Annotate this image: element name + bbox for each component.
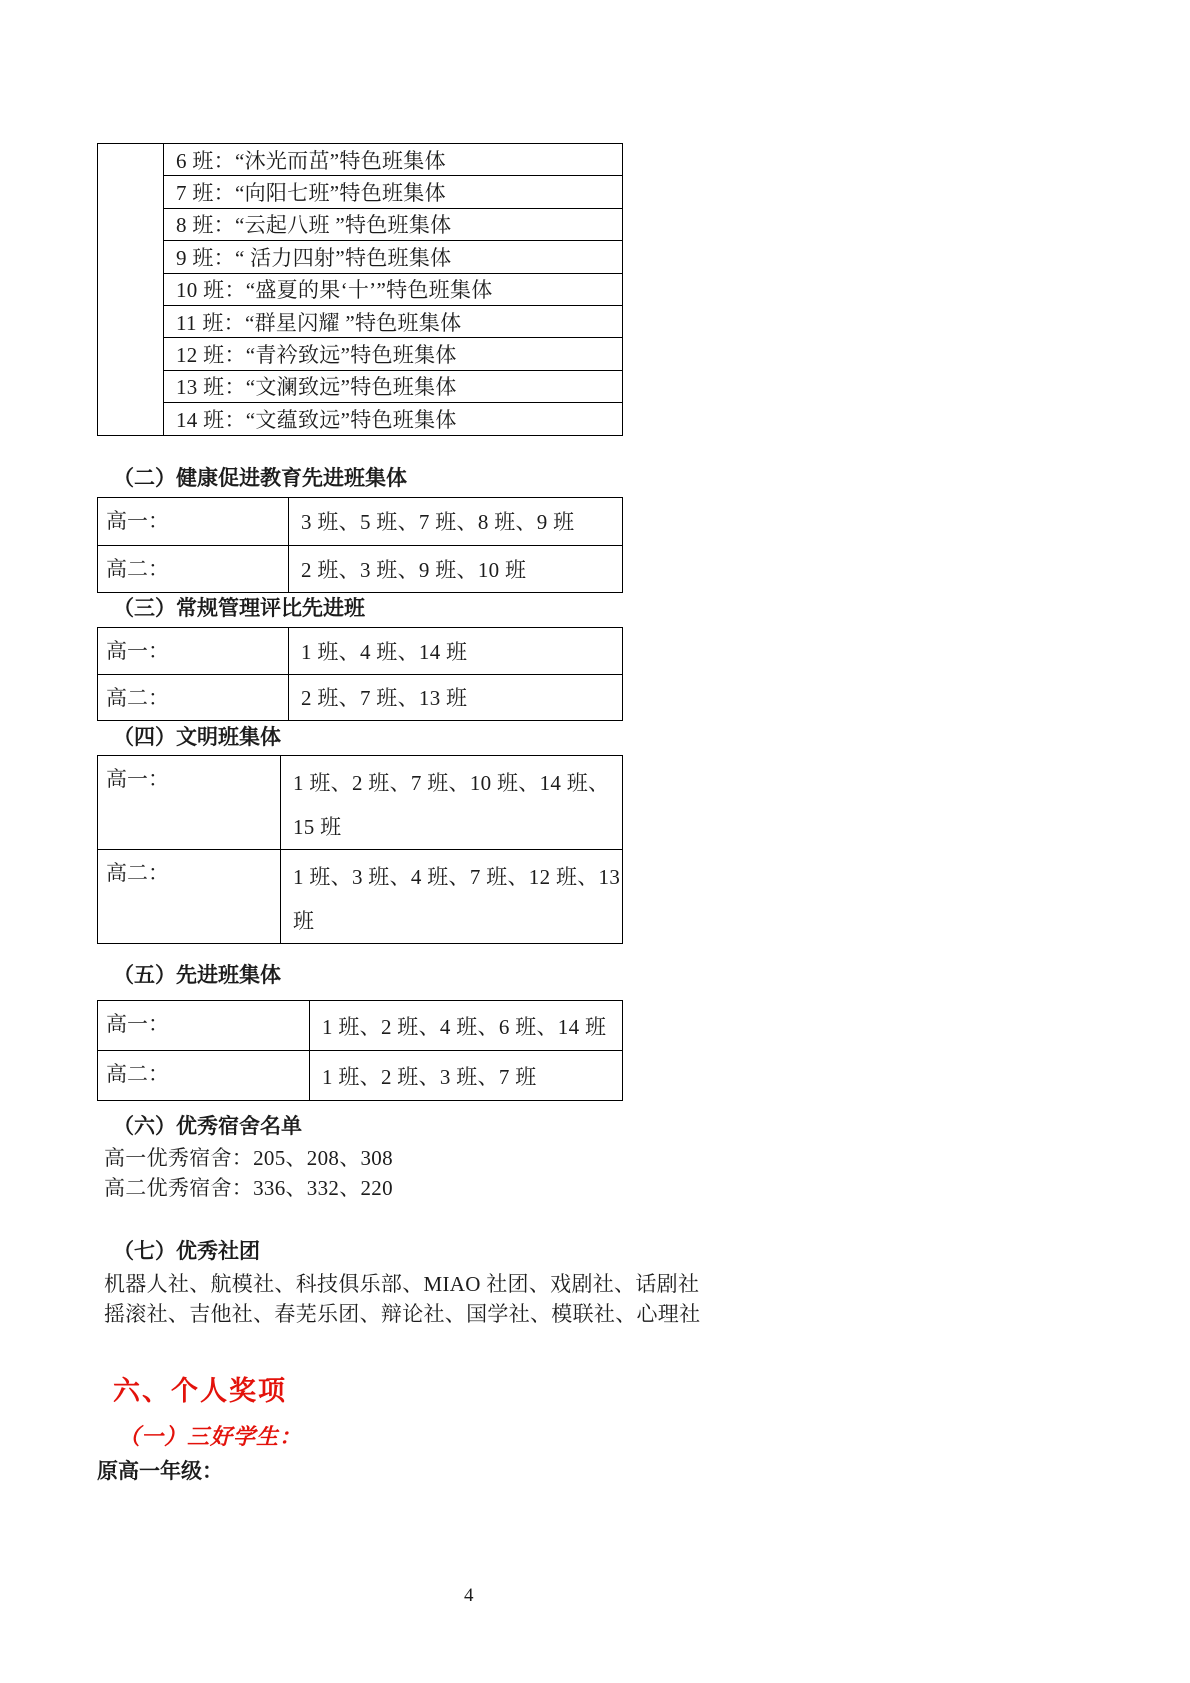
table-row: 高一： 3 班、5 班、7 班、8 班、9 班 xyxy=(98,498,623,546)
classes-cell: 2 班、7 班、13 班 xyxy=(289,674,623,721)
table-cell-grade-merged xyxy=(98,144,164,436)
table-row: 高一： 1 班、4 班、14 班 xyxy=(98,628,623,675)
section-heading-civilized-class: （四）文明班集体 xyxy=(113,725,281,749)
table-cell: 14 班：“文蕴致远”特色班集体 xyxy=(164,403,623,435)
section-heading-excellent-clubs: （七）优秀社团 xyxy=(113,1239,260,1263)
section-heading-excellent-dorms: （六）优秀宿舍名单 xyxy=(113,1114,302,1138)
table-row: 7 班：“向阳七班”特色班集体 xyxy=(98,176,623,208)
table-row: 9 班：“ 活力四射”特色班集体 xyxy=(98,241,623,273)
table-cell: 10 班：“盛夏的果‘十’”特色班集体 xyxy=(164,273,623,305)
special-class-table: 6 班：“沐光而茁”特色班集体 7 班：“向阳七班”特色班集体 8 班：“云起八… xyxy=(97,143,623,436)
club-list-line-1: 机器人社、航模社、科技俱乐部、MIAO 社团、戏剧社、话剧社 xyxy=(104,1271,699,1297)
grade-cell: 高二： xyxy=(98,1051,310,1101)
classes-cell: 1 班、4 班、14 班 xyxy=(289,628,623,675)
club-list-line-2: 摇滚社、吉他社、春芜乐团、辩论社、国学社、模联社、心理社 xyxy=(104,1301,700,1327)
classes-cell: 1 班、2 班、3 班、7 班 xyxy=(310,1051,623,1101)
document-page: { "colors": { "accent_red": "#e3120b", "… xyxy=(0,0,1190,1683)
section-heading-advanced-class: （五）先进班集体 xyxy=(113,963,281,987)
grade-label-former-grade1: 原高一年级： xyxy=(97,1458,223,1484)
table-row: 8 班：“云起八班 ”特色班集体 xyxy=(98,208,623,240)
section-heading-health-promotion: （二）健康促进教育先进班集体 xyxy=(113,466,407,490)
table-row: 10 班：“盛夏的果‘十’”特色班集体 xyxy=(98,273,623,305)
table-row: 11 班：“群星闪耀 ”特色班集体 xyxy=(98,305,623,337)
advanced-class-table: 高一： 1 班、2 班、4 班、6 班、14 班 高二： 1 班、2 班、3 班… xyxy=(97,1000,623,1101)
grade-cell: 高二： xyxy=(98,545,289,593)
table-cell: 13 班：“文澜致远”特色班集体 xyxy=(164,370,623,402)
section-heading-routine-management: （三）常规管理评比先进班 xyxy=(113,596,365,620)
table-cell: 9 班：“ 活力四射”特色班集体 xyxy=(164,241,623,273)
grade-cell: 高二： xyxy=(98,850,281,944)
table-row: 6 班：“沐光而茁”特色班集体 xyxy=(98,144,623,176)
classes-line: 1 班、3 班、4 班、7 班、12 班、13 xyxy=(293,855,622,899)
classes-cell: 1 班、2 班、7 班、10 班、14 班、 15 班 xyxy=(281,756,623,850)
grade-cell: 高一： xyxy=(98,1001,310,1051)
grade-cell: 高一： xyxy=(98,628,289,675)
table-row: 高二： 1 班、3 班、4 班、7 班、12 班、13 班 xyxy=(98,850,623,944)
health-promotion-table: 高一： 3 班、5 班、7 班、8 班、9 班 高二： 2 班、3 班、9 班、… xyxy=(97,497,623,593)
routine-management-table: 高一： 1 班、4 班、14 班 高二： 2 班、7 班、13 班 xyxy=(97,627,623,721)
subsection-heading-merit-students: （一）三好学生： xyxy=(118,1424,302,1450)
table-row: 高一： 1 班、2 班、4 班、6 班、14 班 xyxy=(98,1001,623,1051)
table-cell: 12 班：“青衿致远”特色班集体 xyxy=(164,338,623,370)
chapter-heading-individual-awards: 六、个人奖项 xyxy=(113,1376,287,1406)
table-cell: 8 班：“云起八班 ”特色班集体 xyxy=(164,208,623,240)
table-cell: 7 班：“向阳七班”特色班集体 xyxy=(164,176,623,208)
classes-line: 班 xyxy=(293,899,622,943)
table-cell: 11 班：“群星闪耀 ”特色班集体 xyxy=(164,305,623,337)
dorm-list-grade2: 高二优秀宿舍：336、332、220 xyxy=(104,1175,393,1201)
classes-cell: 2 班、3 班、9 班、10 班 xyxy=(289,545,623,593)
table-row: 高一： 1 班、2 班、7 班、10 班、14 班、 15 班 xyxy=(98,756,623,850)
classes-line: 15 班 xyxy=(293,805,622,849)
grade-cell: 高一： xyxy=(98,756,281,850)
classes-line: 1 班、2 班、7 班、10 班、14 班、 xyxy=(293,761,622,805)
grade-cell: 高一： xyxy=(98,498,289,546)
table-row: 14 班：“文蕴致远”特色班集体 xyxy=(98,403,623,435)
table-row: 高二： 2 班、3 班、9 班、10 班 xyxy=(98,545,623,593)
table-cell: 6 班：“沐光而茁”特色班集体 xyxy=(164,144,623,176)
table-row: 高二： 1 班、2 班、3 班、7 班 xyxy=(98,1051,623,1101)
classes-cell: 1 班、3 班、4 班、7 班、12 班、13 班 xyxy=(281,850,623,944)
classes-cell: 1 班、2 班、4 班、6 班、14 班 xyxy=(310,1001,623,1051)
table-row: 13 班：“文澜致远”特色班集体 xyxy=(98,370,623,402)
classes-cell: 3 班、5 班、7 班、8 班、9 班 xyxy=(289,498,623,546)
table-row: 12 班：“青衿致远”特色班集体 xyxy=(98,338,623,370)
table-row: 高二： 2 班、7 班、13 班 xyxy=(98,674,623,721)
grade-cell: 高二： xyxy=(98,674,289,721)
civilized-class-table: 高一： 1 班、2 班、7 班、10 班、14 班、 15 班 高二： 1 班、… xyxy=(97,755,623,944)
dorm-list-grade1: 高一优秀宿舍：205、208、308 xyxy=(104,1145,393,1171)
page-number: 4 xyxy=(464,1585,474,1607)
